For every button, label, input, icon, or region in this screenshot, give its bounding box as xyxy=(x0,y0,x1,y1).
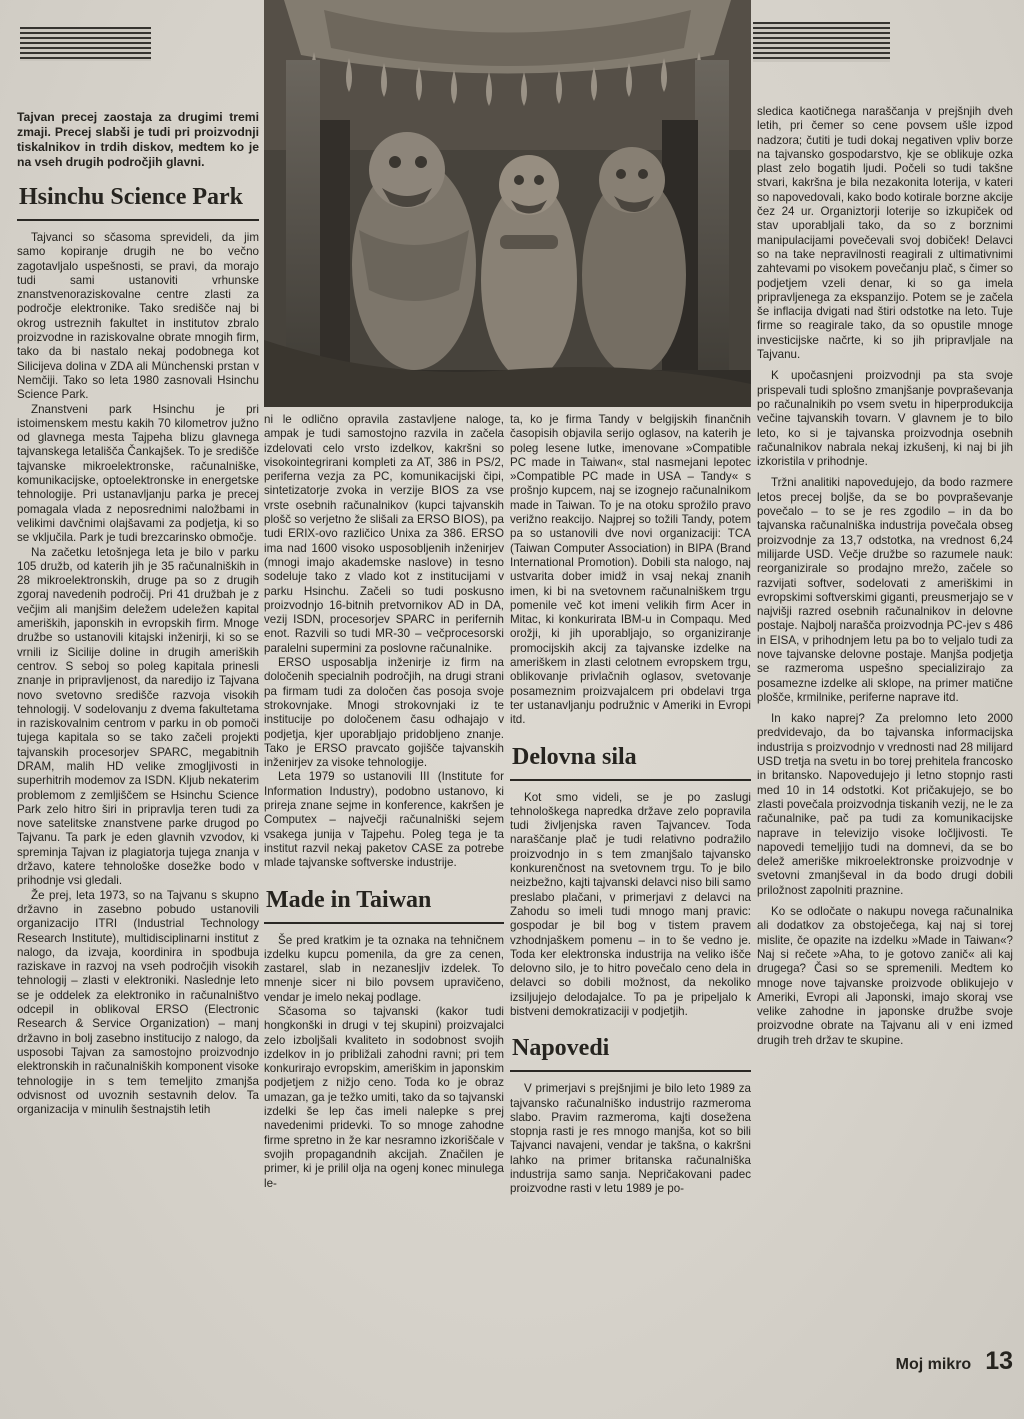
body-paragraph: ta, ko je firma Tandy v belgijskih finan… xyxy=(510,413,751,728)
body-paragraph: Tržni analitiki napovedujejo, da bodo ra… xyxy=(757,476,1013,705)
column-1: Tajvan precej zaostaja za drugimi tremi … xyxy=(17,110,259,1405)
page-number: 13 xyxy=(985,1347,1013,1375)
page-footer: Moj mikro13 xyxy=(757,1347,1013,1376)
body-paragraph: Že prej, leta 1973, so na Tajvanu s skup… xyxy=(17,889,259,1118)
body-paragraph: K upočasnjeni proizvodnji pa sta svoje p… xyxy=(757,369,1013,469)
decorative-stripe-bar-right xyxy=(753,22,890,62)
column-3: ta, ko je firma Tandy v belgijskih finan… xyxy=(510,413,751,1413)
decorative-stripe-bar-left xyxy=(20,27,151,61)
column-2: ni le odlično opravila zastavljene nalog… xyxy=(264,413,504,1413)
body-paragraph: ERSO usposablja inženirje iz firm na dol… xyxy=(264,656,504,770)
body-paragraph: Leta 1979 so ustanovili III (Institute f… xyxy=(264,770,504,870)
body-paragraph: Na začetku letošnjega leta je bilo v par… xyxy=(17,546,259,889)
temple-sculpture-illustration xyxy=(264,0,751,407)
section-heading-hsinchu-science-park: Hsinchu Science Park xyxy=(17,184,259,221)
magazine-page: Tajvan precej zaostaja za drugimi tremi … xyxy=(0,0,1024,1419)
section-heading-napovedi: Napovedi xyxy=(510,1035,751,1072)
body-paragraph: Znanstveni park Hsinchu je pri istoimens… xyxy=(17,403,259,546)
body-paragraph: sledica kaotičnega naraščanja v prejšnji… xyxy=(757,105,1013,362)
body-paragraph: Še pred kratkim je ta oznaka na tehnične… xyxy=(264,934,504,1005)
column-4: sledica kaotičnega naraščanja v prejšnji… xyxy=(757,105,1013,1345)
magazine-name: Moj mikro xyxy=(896,1356,972,1373)
section-heading-delovna-sila: Delovna sila xyxy=(510,744,751,781)
body-paragraph: V primerjavi s prejšnjimi je bilo leto 1… xyxy=(510,1082,751,1196)
section-heading-made-in-taiwan: Made in Taiwan xyxy=(264,887,504,924)
body-paragraph: Ko se odločate o nakupu novega računalni… xyxy=(757,905,1013,1048)
temple-sculpture-photo xyxy=(264,0,751,407)
body-paragraph: Tajvanci so sčasoma sprevideli, da jim s… xyxy=(17,231,259,403)
body-paragraph: Sčasoma so tajvanski (kakor tudi hongkon… xyxy=(264,1005,504,1191)
lead-paragraph: Tajvan precej zaostaja za drugimi tremi … xyxy=(17,110,259,170)
body-paragraph: ni le odlično opravila zastavljene nalog… xyxy=(264,413,504,656)
body-paragraph: Kot smo videli, se je po zaslugi tehnolo… xyxy=(510,791,751,1020)
body-paragraph: In kako naprej? Za prelomno leto 2000 pr… xyxy=(757,712,1013,898)
